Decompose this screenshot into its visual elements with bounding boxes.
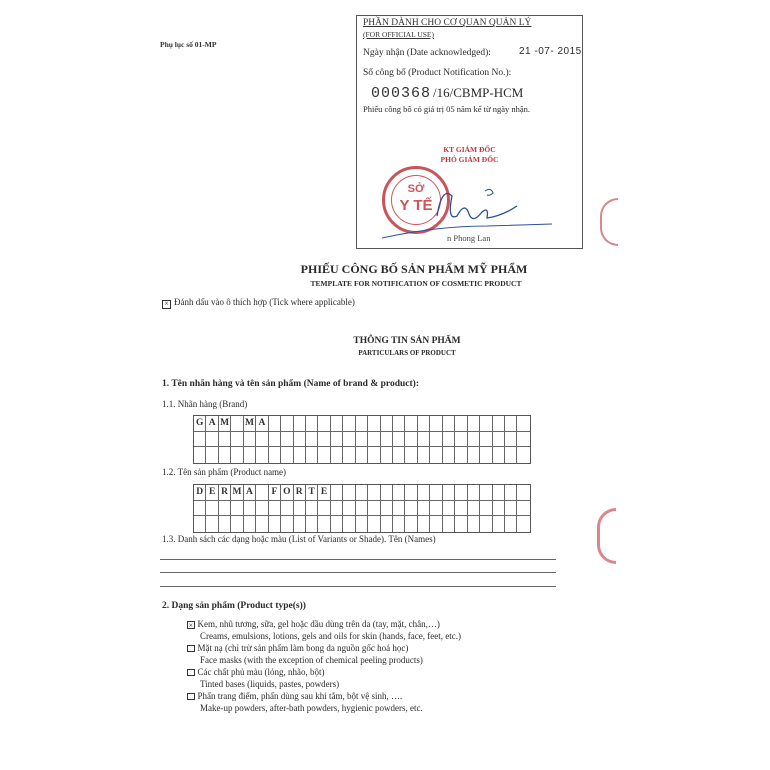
grid-cell[interactable]	[381, 485, 393, 501]
grid-cell[interactable]	[493, 516, 505, 532]
grid-cell[interactable]	[405, 485, 417, 501]
grid-cell[interactable]	[418, 447, 430, 463]
grid-cell[interactable]	[381, 416, 393, 432]
grid-cell[interactable]	[368, 416, 380, 432]
grid-cell[interactable]	[480, 447, 492, 463]
grid-cell[interactable]	[306, 416, 318, 432]
grid-cell[interactable]	[468, 447, 480, 463]
grid-cell[interactable]	[393, 447, 405, 463]
sign-title-director: KT GIÁM ĐỐC	[357, 145, 582, 154]
checkbox-icon[interactable]	[187, 645, 195, 653]
grid-cell[interactable]	[368, 516, 380, 532]
grid-cell[interactable]	[418, 501, 430, 517]
official-use-box: PHẦN DÀNH CHO CƠ QUAN QUẢN LÝ (FOR OFFIC…	[356, 15, 583, 249]
grid-cell[interactable]	[468, 416, 480, 432]
grid-cell[interactable]	[356, 501, 368, 517]
grid-cell[interactable]	[368, 432, 380, 448]
grid-cell[interactable]	[418, 516, 430, 532]
grid-cell[interactable]	[343, 416, 355, 432]
document-title: PHIẾU CÔNG BỐ SẢN PHẨM MỸ PHẨM	[0, 262, 770, 277]
grid-cell[interactable]	[443, 432, 455, 448]
grid-cell[interactable]	[480, 485, 492, 501]
grid-cell[interactable]: F	[269, 485, 281, 501]
grid-cell[interactable]	[393, 485, 405, 501]
grid-cell[interactable]: T	[306, 485, 318, 501]
grid-cell[interactable]	[231, 447, 243, 463]
grid-cell[interactable]	[443, 485, 455, 501]
grid-cell[interactable]: M	[219, 416, 231, 432]
grid-cell[interactable]	[219, 432, 231, 448]
validity-note: Phiếu công bố có giá trị 05 năm kể từ ng…	[363, 104, 530, 114]
grid-cell[interactable]	[517, 516, 529, 532]
grid-cell[interactable]: E	[318, 485, 330, 501]
grid-cell[interactable]	[206, 516, 218, 532]
grid-cell[interactable]	[231, 516, 243, 532]
grid-cell[interactable]	[294, 516, 306, 532]
official-box-title: PHẦN DÀNH CHO CƠ QUAN QUẢN LÝ	[363, 18, 531, 28]
grid-cell[interactable]	[430, 501, 442, 517]
grid-cell[interactable]	[256, 501, 268, 517]
grid-cell[interactable]	[430, 485, 442, 501]
checked-box-icon[interactable]: ×	[187, 621, 195, 629]
grid-cell[interactable]	[244, 516, 256, 532]
brand-grid-field[interactable]: GAMMA	[193, 415, 531, 464]
grid-cell[interactable]	[219, 501, 231, 517]
grid-cell[interactable]	[318, 432, 330, 448]
grid-cell[interactable]: A	[244, 485, 256, 501]
product-type-option[interactable]: Các chất phủ màu (lỏng, nhão, bột) Tinte…	[187, 667, 339, 690]
grid-cell[interactable]: O	[281, 485, 293, 501]
grid-cell[interactable]	[393, 516, 405, 532]
grid-cell[interactable]	[256, 516, 268, 532]
grid-cell[interactable]: D	[194, 485, 206, 501]
checkbox-icon[interactable]	[187, 693, 195, 701]
grid-cell[interactable]: M	[231, 485, 243, 501]
checkbox-icon[interactable]	[187, 669, 195, 677]
grid-cell[interactable]	[430, 516, 442, 532]
variants-label: 1.3. Danh sách các dạng hoặc màu (List o…	[162, 534, 436, 544]
variants-line-3[interactable]	[160, 586, 556, 587]
grid-cell[interactable]	[493, 432, 505, 448]
grid-cell[interactable]	[455, 432, 467, 448]
grid-cell[interactable]	[281, 501, 293, 517]
grid-cell[interactable]	[306, 501, 318, 517]
checked-box-icon: ×	[162, 300, 171, 309]
grid-cell[interactable]	[206, 447, 218, 463]
grid-cell[interactable]	[405, 416, 417, 432]
grid-cell[interactable]	[418, 416, 430, 432]
grid-cell[interactable]	[381, 516, 393, 532]
grid-cell[interactable]	[219, 447, 231, 463]
grid-cell[interactable]	[294, 447, 306, 463]
option-label-vi: Các chất phủ màu (lỏng, nhão, bột)	[198, 667, 325, 677]
tick-note: ×Đánh dấu vào ô thích hợp (Tick where ap…	[162, 297, 355, 309]
grid-cell[interactable]	[356, 447, 368, 463]
grid-cell[interactable]	[517, 416, 529, 432]
grid-cell[interactable]: G	[194, 416, 206, 432]
grid-cell[interactable]	[455, 516, 467, 532]
grid-cell[interactable]	[331, 516, 343, 532]
grid-cell[interactable]	[493, 501, 505, 517]
grid-cell[interactable]	[356, 416, 368, 432]
grid-cell[interactable]	[219, 516, 231, 532]
grid-cell[interactable]	[294, 501, 306, 517]
grid-cell[interactable]	[194, 516, 206, 532]
grid-cell[interactable]	[480, 432, 492, 448]
grid-cell[interactable]	[244, 432, 256, 448]
grid-cell[interactable]	[318, 447, 330, 463]
grid-cell[interactable]	[356, 516, 368, 532]
grid-cell[interactable]	[306, 516, 318, 532]
grid-cell[interactable]	[517, 432, 529, 448]
grid-cell[interactable]	[505, 501, 517, 517]
grid-cell[interactable]	[381, 447, 393, 463]
date-acknowledged-value: 21 -07- 2015	[519, 46, 582, 57]
grid-cell[interactable]	[256, 447, 268, 463]
grid-cell[interactable]	[331, 485, 343, 501]
grid-cell[interactable]	[468, 516, 480, 532]
notification-number-suffix: /16/CBMP-HCM	[433, 85, 523, 100]
grid-cell[interactable]	[269, 432, 281, 448]
grid-cell[interactable]	[443, 416, 455, 432]
partial-stamp-icon	[597, 508, 616, 564]
sign-title-deputy: PHÓ GIÁM ĐỐC	[357, 155, 582, 164]
grid-cell[interactable]	[393, 501, 405, 517]
grid-cell[interactable]	[505, 416, 517, 432]
part2-heading: 2. Dạng sản phẩm (Product type(s))	[162, 601, 306, 611]
grid-cell[interactable]	[443, 516, 455, 532]
grid-cell[interactable]	[231, 432, 243, 448]
option-label-en: Creams, emulsions, lotions, gels and oil…	[187, 631, 461, 643]
grid-cell[interactable]	[306, 432, 318, 448]
product-name-label: 1.2. Tên sản phẩm (Product name)	[162, 467, 286, 477]
grid-cell[interactable]	[405, 501, 417, 517]
tick-note-text: Đánh dấu vào ô thích hợp (Tick where app…	[174, 297, 355, 307]
grid-cell[interactable]	[381, 501, 393, 517]
grid-cell[interactable]	[244, 501, 256, 517]
grid-cell[interactable]	[418, 432, 430, 448]
grid-cell[interactable]	[356, 432, 368, 448]
grid-cell[interactable]	[393, 432, 405, 448]
grid-cell[interactable]	[430, 416, 442, 432]
grid-cell[interactable]: A	[256, 416, 268, 432]
grid-cell[interactable]	[517, 447, 529, 463]
grid-cell[interactable]	[505, 516, 517, 532]
grid-cell[interactable]	[468, 501, 480, 517]
grid-cell[interactable]	[480, 501, 492, 517]
grid-cell[interactable]	[306, 447, 318, 463]
option-label-en: Face masks (with the exception of chemic…	[187, 655, 423, 667]
grid-cell[interactable]	[343, 447, 355, 463]
official-box-subtitle: (FOR OFFICIAL USE)	[363, 30, 434, 39]
grid-cell[interactable]	[493, 485, 505, 501]
grid-cell[interactable]	[294, 416, 306, 432]
variants-line-2[interactable]	[160, 572, 556, 573]
grid-cell[interactable]	[480, 416, 492, 432]
grid-cell[interactable]	[281, 432, 293, 448]
grid-cell[interactable]	[468, 485, 480, 501]
grid-cell[interactable]	[517, 501, 529, 517]
brand-label: 1.1. Nhãn hàng (Brand)	[162, 399, 247, 409]
grid-cell[interactable]	[430, 447, 442, 463]
grid-cell[interactable]	[256, 485, 268, 501]
grid-cell[interactable]	[405, 432, 417, 448]
grid-cell[interactable]	[455, 501, 467, 517]
grid-cell[interactable]	[505, 447, 517, 463]
product-name-grid-field[interactable]: DERMAFORTE	[193, 484, 531, 533]
grid-cell[interactable]	[443, 447, 455, 463]
grid-cell[interactable]	[368, 501, 380, 517]
grid-cell[interactable]	[343, 501, 355, 517]
grid-cell[interactable]	[405, 516, 417, 532]
grid-cell[interactable]	[418, 485, 430, 501]
grid-cell[interactable]	[194, 432, 206, 448]
product-type-option[interactable]: Mặt nạ (chỉ trừ sản phẩm làm bong da ngu…	[187, 643, 423, 666]
partial-stamp-icon	[600, 198, 618, 246]
grid-cell[interactable]	[231, 501, 243, 517]
option-label-vi: Kem, nhũ tương, sữa, gel hoặc dầu dùng t…	[198, 619, 440, 629]
grid-cell[interactable]	[443, 501, 455, 517]
grid-cell[interactable]	[294, 432, 306, 448]
grid-cell[interactable]	[206, 432, 218, 448]
grid-cell[interactable]: E	[206, 485, 218, 501]
option-label-vi: Mặt nạ (chỉ trừ sản phẩm làm bong da ngu…	[198, 643, 409, 653]
product-type-option[interactable]: ×Kem, nhũ tương, sữa, gel hoặc dầu dùng …	[187, 619, 461, 642]
part1-heading: 1. Tên nhãn hàng và tên sản phẩm (Name o…	[162, 379, 419, 389]
grid-cell[interactable]: M	[244, 416, 256, 432]
grid-cell[interactable]	[517, 485, 529, 501]
signer-name: n Phong Lan	[447, 233, 490, 243]
grid-cell[interactable]	[256, 432, 268, 448]
grid-cell[interactable]	[430, 432, 442, 448]
grid-cell[interactable]	[468, 432, 480, 448]
grid-cell[interactable]: R	[294, 485, 306, 501]
grid-cell[interactable]	[331, 447, 343, 463]
appendix-label: Phụ lục số 01-MP	[160, 40, 216, 49]
grid-cell[interactable]	[318, 501, 330, 517]
variants-line-1[interactable]	[160, 559, 556, 560]
notification-number-value: 000368	[371, 85, 431, 102]
grid-cell[interactable]	[455, 416, 467, 432]
grid-cell[interactable]: R	[219, 485, 231, 501]
section-title: THÔNG TIN SẢN PHẨM	[0, 336, 770, 346]
grid-cell[interactable]	[368, 485, 380, 501]
grid-cell[interactable]	[194, 501, 206, 517]
grid-cell[interactable]	[331, 501, 343, 517]
grid-cell[interactable]	[405, 447, 417, 463]
grid-cell[interactable]	[281, 447, 293, 463]
grid-cell[interactable]	[455, 447, 467, 463]
grid-cell[interactable]	[281, 416, 293, 432]
grid-cell[interactable]	[318, 416, 330, 432]
grid-cell[interactable]	[343, 485, 355, 501]
grid-cell[interactable]	[455, 485, 467, 501]
grid-cell[interactable]	[331, 432, 343, 448]
grid-cell[interactable]	[231, 416, 243, 432]
grid-cell[interactable]	[393, 416, 405, 432]
document-subtitle: TEMPLATE FOR NOTIFICATION OF COSMETIC PR…	[0, 279, 770, 288]
grid-cell[interactable]	[194, 447, 206, 463]
grid-cell[interactable]	[343, 432, 355, 448]
grid-cell[interactable]	[269, 516, 281, 532]
option-label-vi: Phấn trang điểm, phấn dùng sau khi tắm, …	[198, 691, 403, 701]
grid-cell[interactable]	[356, 485, 368, 501]
grid-cell[interactable]	[381, 432, 393, 448]
grid-cell[interactable]	[493, 416, 505, 432]
grid-cell[interactable]	[505, 432, 517, 448]
grid-cell[interactable]	[281, 516, 293, 532]
grid-cell[interactable]	[318, 516, 330, 532]
option-label-en: Make-up powders, after-bath powders, hyg…	[187, 703, 423, 715]
grid-cell[interactable]	[331, 416, 343, 432]
grid-cell[interactable]	[269, 501, 281, 517]
grid-cell[interactable]	[269, 416, 281, 432]
grid-cell[interactable]	[269, 447, 281, 463]
notification-number: 000368/16/CBMP-HCM	[371, 84, 523, 102]
grid-cell[interactable]	[480, 516, 492, 532]
notification-number-label: Số công bố (Product Notification No.):	[363, 68, 511, 78]
grid-cell[interactable]	[244, 447, 256, 463]
date-acknowledged-label: Ngày nhận (Date acknowledged):	[363, 48, 491, 58]
grid-cell[interactable]	[368, 447, 380, 463]
grid-cell[interactable]	[206, 501, 218, 517]
product-type-option[interactable]: Phấn trang điểm, phấn dùng sau khi tắm, …	[187, 691, 423, 714]
option-label-en: Tinted bases (liquids, pastes, powders)	[187, 679, 339, 691]
section-subtitle: PARTICULARS OF PRODUCT	[0, 349, 770, 357]
grid-cell[interactable]	[343, 516, 355, 532]
grid-cell[interactable]	[505, 485, 517, 501]
grid-cell[interactable]	[493, 447, 505, 463]
grid-cell[interactable]: A	[206, 416, 218, 432]
